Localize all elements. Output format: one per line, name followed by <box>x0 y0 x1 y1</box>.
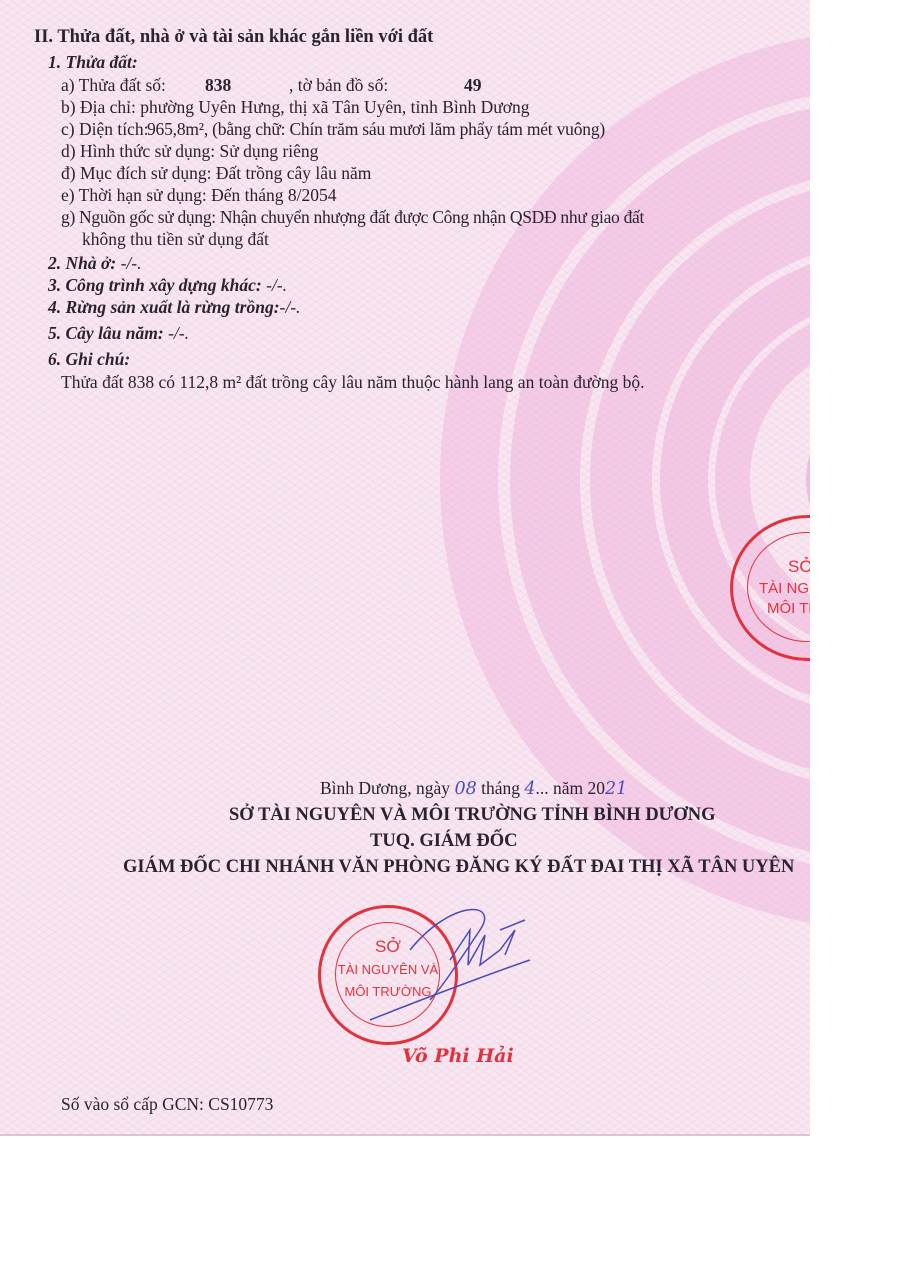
usage-purpose: đ) Mục đích sử dụng: Đất trồng cây lâu n… <box>61 163 371 183</box>
usage-origin-line2: không thu tiền sử dụng đất <box>82 229 269 249</box>
area-value: 965,8m², (bằng chữ: Chín trăm sáu mươi l… <box>147 119 605 139</box>
signer-name: Võ Phi Hải <box>402 1045 514 1067</box>
usage-form: d) Hình thức sử dụng: Sử dụng riêng <box>61 141 318 161</box>
house-item: 2. Nhà ở: -/-. <box>48 253 142 273</box>
address-line: b) Địa chỉ: phường Uyên Hưng, thị xã Tân… <box>61 97 530 117</box>
registry-number: Số vào sổ cấp GCN: CS10773 <box>61 1094 273 1114</box>
certificate-page: II. Thửa đất, nhà ở và tài sản khác gắn … <box>0 0 810 1136</box>
usage-term: e) Thời hạn sử dụng: Đến tháng 8/2054 <box>61 185 337 205</box>
map-sheet-number: 49 <box>464 75 482 95</box>
note-text: Thửa đất 838 có 112,8 m² đất trồng cây l… <box>61 372 644 392</box>
production-forest-item: 4. Rừng sản xuất là rừng trồng:-/-. <box>48 297 300 317</box>
map-sheet-label: , tờ bản đồ số: <box>289 75 388 95</box>
proxy-title: TUQ. GIÁM ĐỐC <box>370 831 518 851</box>
parcel-number: 838 <box>205 75 231 95</box>
perennial-trees-item: 5. Cây lâu năm: -/-. <box>48 323 189 343</box>
issue-date: Bình Dương, ngày 08 tháng 4... năm 2021 <box>320 778 627 799</box>
land-heading: 1. Thửa đất: <box>48 52 138 72</box>
signer-title: GIÁM ĐỐC CHI NHÁNH VĂN PHÒNG ĐĂNG KÝ ĐẤT… <box>123 857 794 877</box>
signature <box>350 890 540 1040</box>
issue-year: 21 <box>605 779 627 799</box>
section-title: II. Thửa đất, nhà ở và tài sản khác gắn … <box>34 27 433 47</box>
agency-name: SỞ TÀI NGUYÊN VÀ MÔI TRƯỜNG TỈNH BÌNH DƯ… <box>229 805 716 825</box>
parcel-number-label: a) Thửa đất số: <box>61 75 166 95</box>
other-construction-item: 3. Công trình xây dựng khác: -/-. <box>48 275 287 295</box>
issue-day: 08 <box>454 779 476 799</box>
issue-month: 4 <box>524 779 535 799</box>
usage-origin-line1: g) Nguồn gốc sử dụng: Nhận chuyển nhượng… <box>61 207 644 227</box>
area-label: c) Diện tích: <box>61 119 148 139</box>
note-heading: 6. Ghi chú: <box>48 349 130 369</box>
